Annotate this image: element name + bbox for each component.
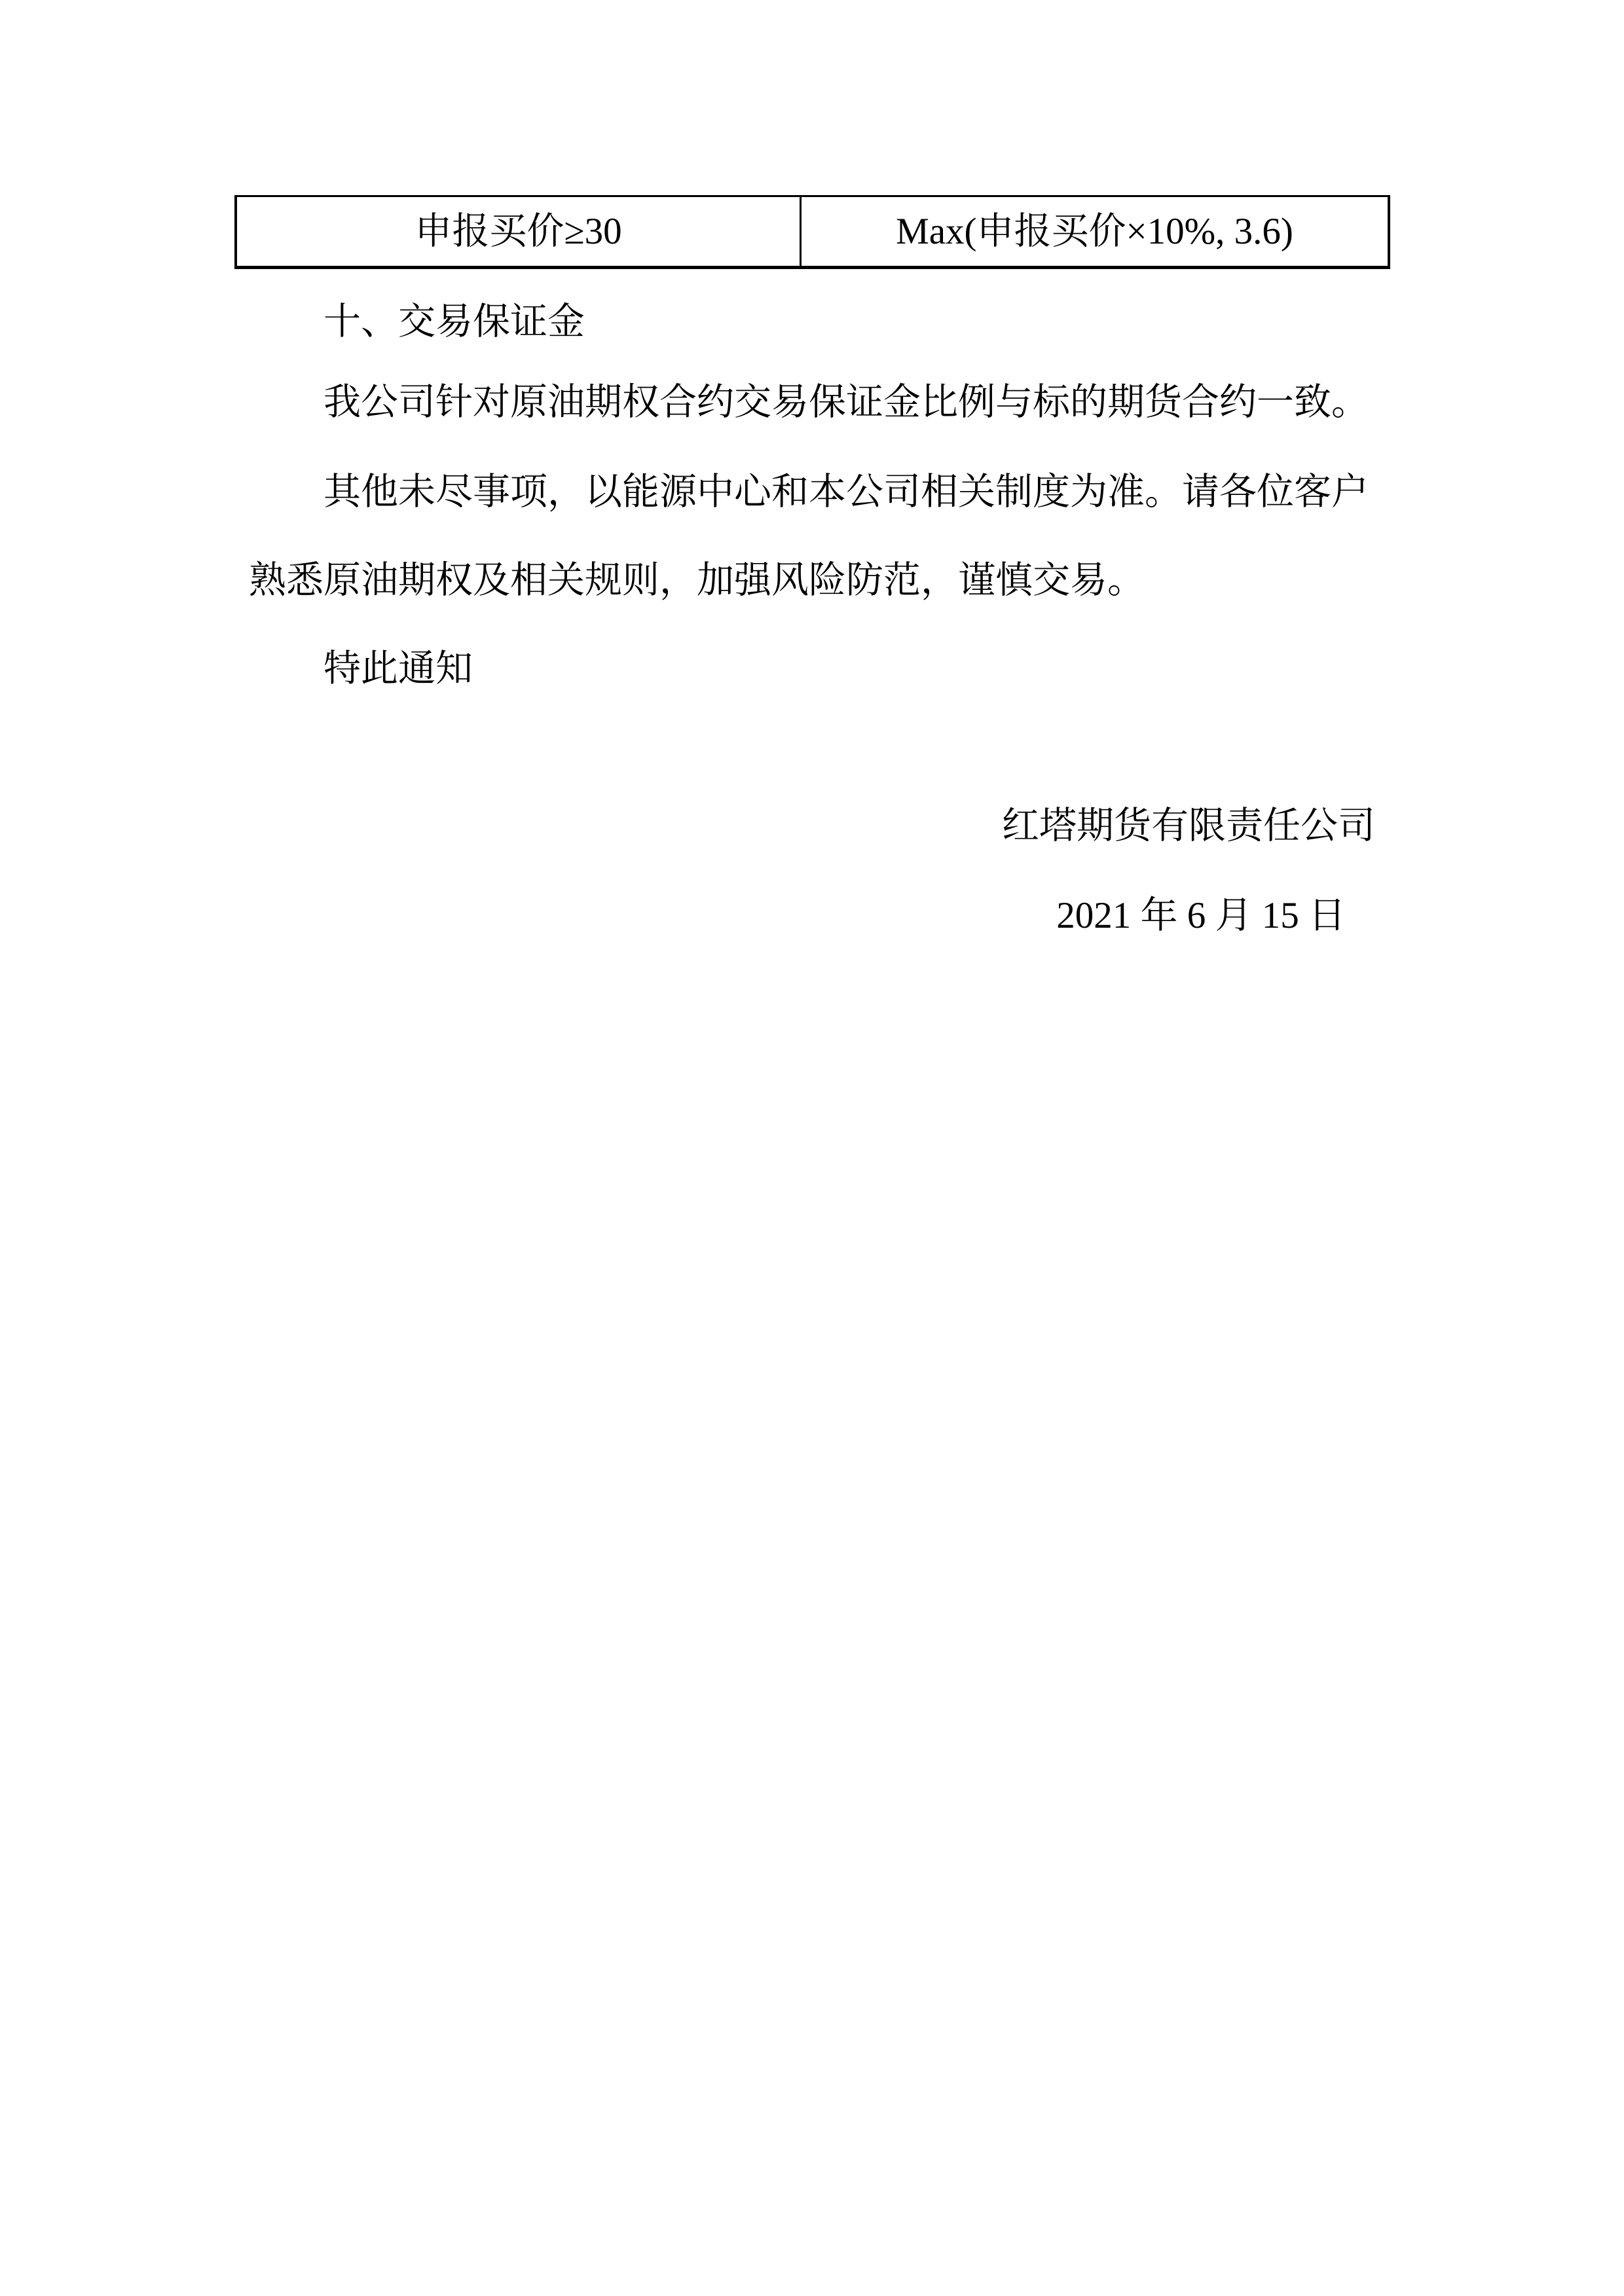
paragraph-2-line-2: 熟悉原油期权及相关规则，加强风险防范，谨慎交易。 xyxy=(249,560,1375,601)
signature-company: 红塔期货有限责任公司 xyxy=(249,806,1375,847)
section-heading: 十、交易保证金 xyxy=(249,302,1375,342)
fee-table-cell-fee-formula: Max(申报买价×10%, 3.6) xyxy=(802,197,1388,266)
fee-table: 申报买价≥30 Max(申报买价×10%, 3.6) xyxy=(234,195,1390,269)
closing-note: 特此通知 xyxy=(249,649,1375,689)
fee-table-cell-bid-price-condition: 申报买价≥30 xyxy=(237,197,802,266)
document-page: 申报买价≥30 Max(申报买价×10%, 3.6) 十、交易保证金 我公司针对… xyxy=(0,0,1624,2296)
signature-date: 2021 年 6 月 15 日 xyxy=(249,896,1375,936)
paragraph-1: 我公司针对原油期权合约交易保证金比例与标的期货合约一致。 xyxy=(249,382,1375,423)
paragraph-2-line-1: 其他未尽事项，以能源中心和本公司相关制度为准。请各位客户 xyxy=(249,472,1375,513)
